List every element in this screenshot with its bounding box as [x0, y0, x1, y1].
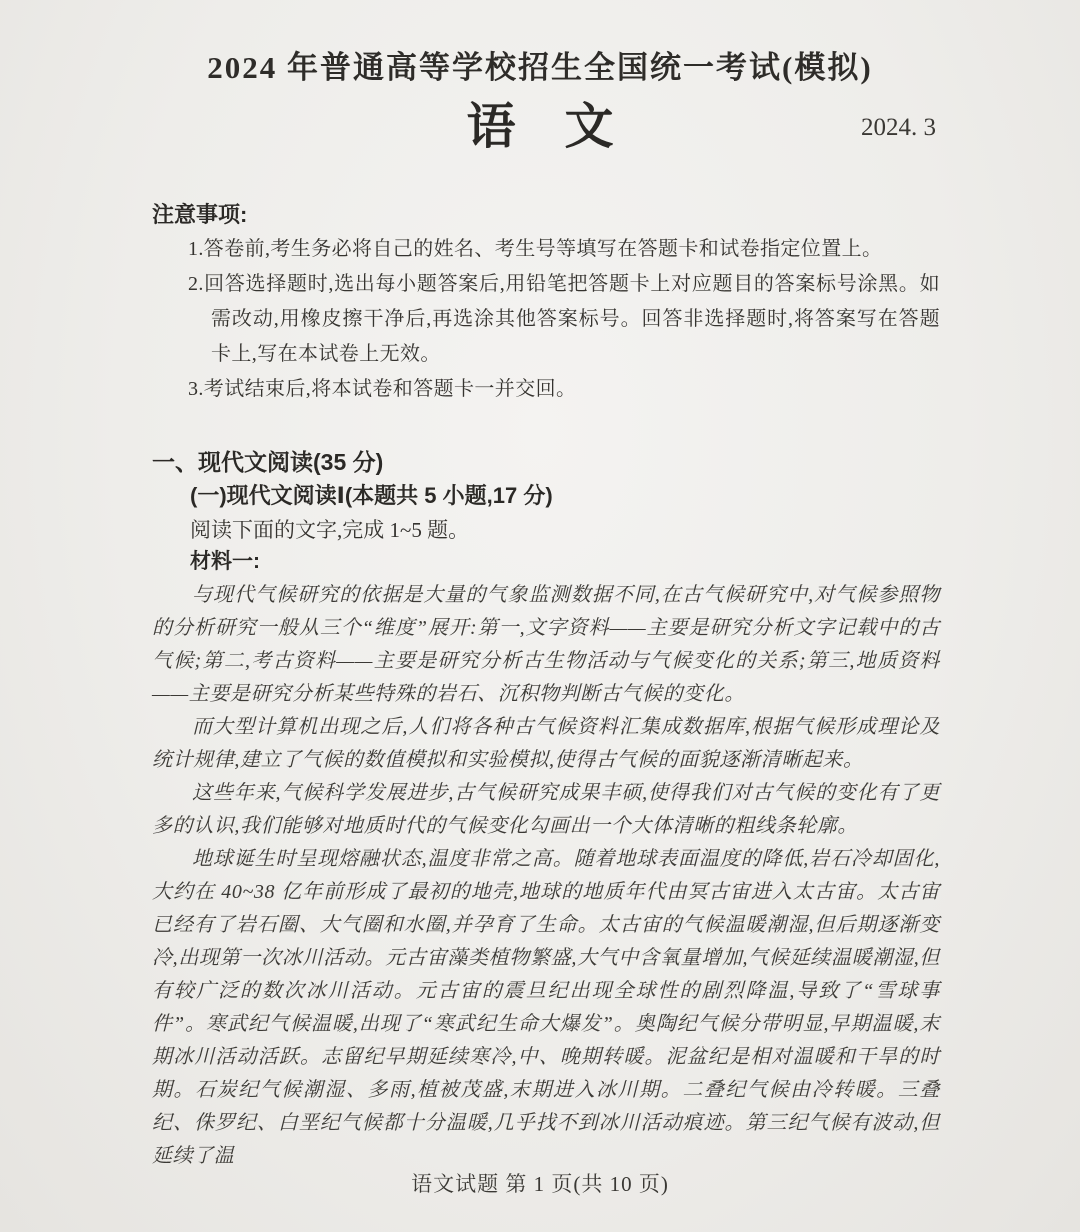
notice-list: 1.答卷前,考生务必将自己的姓名、考生号等填写在答题卡和试卷指定位置上。 2.回…: [188, 232, 940, 407]
reading-instruction: 阅读下面的文字,完成 1~5 题。: [190, 513, 940, 547]
exam-date: 2024. 3: [861, 114, 936, 142]
material-paragraph: 地球诞生时呈现熔融状态,温度非常之高。随着地球表面温度的降低,岩石冷却固化,大约…: [152, 843, 940, 1173]
page-footer: 语文试题 第 1 页(共 10 页): [0, 1168, 1080, 1198]
notice-item: 2.回答选择题时,选出每小题答案后,用铅笔把答题卡上对应题目的答案标号涂黑。如需…: [188, 267, 940, 372]
material-paragraph: 与现代气候研究的依据是大量的气象监测数据不同,在古气候研究中,对气候参照物的分析…: [152, 579, 940, 711]
notice-item: 1.答卷前,考生务必将自己的姓名、考生号等填写在答题卡和试卷指定位置上。: [188, 232, 940, 267]
material-body: 与现代气候研究的依据是大量的气象监测数据不同,在古气候研究中,对气候参照物的分析…: [152, 579, 940, 1173]
material-paragraph: 而大型计算机出现之后,人们将各种古气候资料汇集成数据库,根据气候形成理论及统计规…: [152, 711, 940, 777]
page-content: 注意事项: 1.答卷前,考生务必将自己的姓名、考生号等填写在答题卡和试卷指定位置…: [152, 198, 940, 1173]
notice-item: 3.考试结束后,将本试卷和答题卡一并交回。: [188, 372, 940, 407]
notice-heading: 注意事项:: [152, 198, 940, 232]
exam-title: 2024 年普通高等学校招生全国统一考试(模拟): [0, 42, 1080, 87]
subsection-title: (一)现代文阅读Ⅰ(本题共 5 小题,17 分): [190, 479, 940, 513]
material-label: 材料一:: [190, 547, 940, 577]
material-paragraph: 这些年来,气候科学发展进步,古气候研究成果丰硕,使得我们对古气候的变化有了更多的…: [152, 777, 940, 843]
exam-paper-page: 2024 年普通高等学校招生全国统一考试(模拟) 语 文 2024. 3 注意事…: [0, 0, 1080, 1232]
section-title: 一、现代文阅读(35 分): [152, 445, 940, 479]
